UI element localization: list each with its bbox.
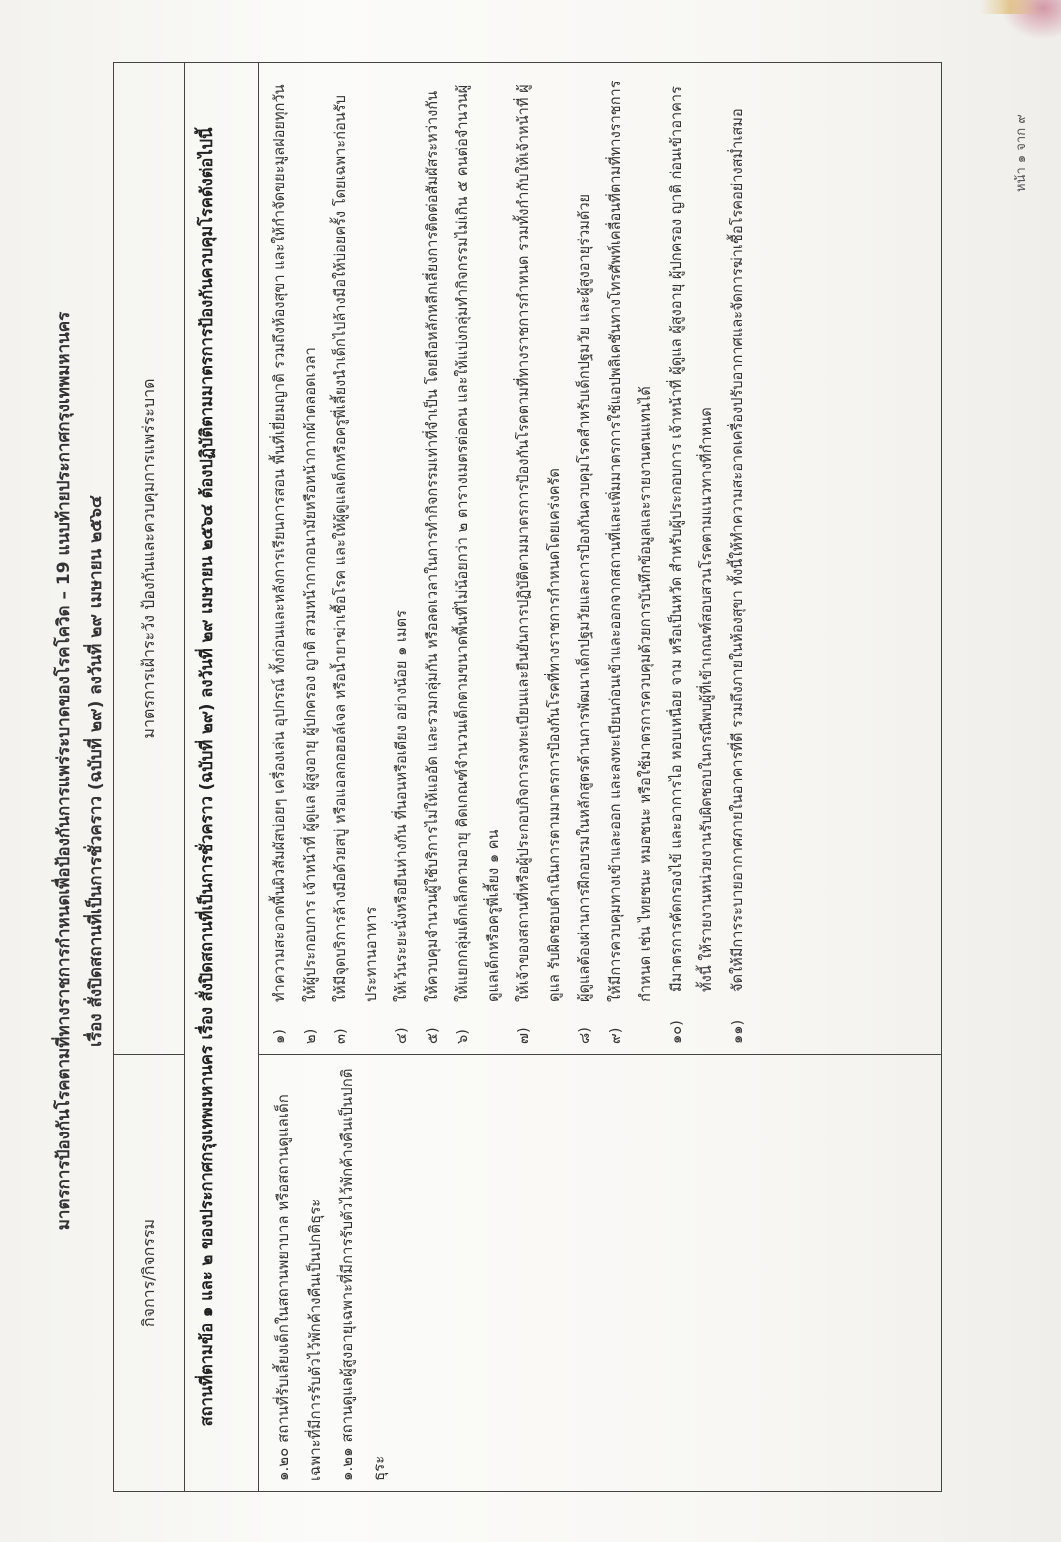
measure-item: ๒)ให้ผู้ประกอบการ เจ้าหน้าที่ ผู้ดูแล ผู… [296, 73, 327, 1044]
measure-text: ทำความสะอาดพื้นผิวสัมผัสบ่อยๆ เครื่องเล่… [265, 73, 296, 1002]
measure-text: ให้แยกกลุ่มเด็กเล็กตามอายุ คิดเกณฑ์จำนวน… [448, 73, 509, 1002]
measure-text: ให้ควบคุมจำนวนผู้ใช้บริการไม่ให้แออัด แล… [418, 73, 449, 1002]
table-header-row: กิจการ/กิจกรรม มาตรการเฝ้าระวัง ป้องกันแ… [114, 63, 185, 1491]
measure-number: ๙) [601, 1002, 662, 1044]
table-body-row: ๑.๒๐ สถานที่รับเลี้ยงเด็กในสถานพยาบาล หร… [259, 63, 941, 1491]
measure-number: ๑๐) [662, 992, 723, 1044]
activity-item: ๑.๒๑ สถานดูแลผู้สูงอายุเฉพาะที่มีการรับต… [331, 1065, 395, 1481]
measures-table: กิจการ/กิจกรรม มาตรการเฝ้าระวัง ป้องกันแ… [113, 62, 942, 1492]
measure-number: ๑) [265, 1002, 296, 1044]
measure-item: ๙)ให้มีการควบคุมทางเข้าและออก และลงทะเบี… [601, 73, 662, 1044]
measure-text: ให้เจ้าของสถานที่หรือผู้ประกอบกิจการลงทะ… [509, 73, 570, 1002]
measure-text: ผู้ดูแลต้องผ่านการฝึกอบรมในหลักสูตรด้านก… [570, 73, 601, 1002]
header-measures: มาตรการเฝ้าระวัง ป้องกันและควบคุมการแพร่… [114, 63, 184, 1054]
measure-number: ๑๑) [723, 992, 754, 1044]
measure-text: ให้เว้นระยะนั่งหรือยืนห่างกัน ที่นอนหรือ… [387, 73, 418, 1002]
section-heading: สถานที่ตามข้อ ๑ และ ๒ ของประกาศกรุงเทพมห… [184, 63, 259, 1491]
measure-item: ๔)ให้เว้นระยะนั่งหรือยืนห่างกัน ที่นอนหร… [387, 73, 418, 1044]
measure-number: ๖) [448, 1002, 509, 1044]
page-number: หน้า ๑ จาก ๙ [1010, 114, 1031, 192]
measure-text: จัดให้มีการระบายอากาศภายในอาคารที่ดี รวม… [723, 73, 754, 992]
document-title: มาตรการป้องกันโรคตามที่ทางราชการกำหนดเพื… [50, 0, 77, 1542]
measure-item: ๑)ทำความสะอาดพื้นผิวสัมผัสบ่อยๆ เครื่องเ… [265, 73, 296, 1044]
measure-number: ๗) [509, 1002, 570, 1044]
measure-text: ให้มีจุดบริการล้างมือด้วยสบู่ หรือแอลกอฮ… [326, 73, 387, 1002]
header-activity: กิจการ/กิจกรรม [114, 1054, 184, 1491]
activity-item: ๑.๒๐ สถานที่รับเลี้ยงเด็กในสถานพยาบาล หร… [267, 1065, 331, 1481]
measure-number: ๓) [326, 1002, 387, 1044]
measures-column: ๑)ทำความสะอาดพื้นผิวสัมผัสบ่อยๆ เครื่องเ… [259, 63, 941, 1054]
measure-number: ๒) [296, 1002, 327, 1044]
measure-item: ๕)ให้ควบคุมจำนวนผู้ใช้บริการไม่ให้แออัด … [418, 73, 449, 1044]
measure-text: ให้ผู้ประกอบการ เจ้าหน้าที่ ผู้ดูแล ผู้ส… [296, 73, 327, 1002]
measure-item: ๑๐)มีมาตรการคัดกรองไข้ และอาการไอ หอบเหน… [662, 73, 723, 1044]
measure-item: ๖)ให้แยกกลุ่มเด็กเล็กตามอายุ คิดเกณฑ์จำน… [448, 73, 509, 1044]
activity-column: ๑.๒๐ สถานที่รับเลี้ยงเด็กในสถานพยาบาล หร… [259, 1054, 941, 1491]
measure-number: ๕) [418, 1002, 449, 1044]
measure-item: ๗)ให้เจ้าของสถานที่หรือผู้ประกอบกิจการลง… [509, 73, 570, 1044]
measure-text: ให้มีการควบคุมทางเข้าและออก และลงทะเบียน… [601, 73, 662, 1002]
rotated-document-page: มาตรการป้องกันโรคตามที่ทางราชการกำหนดเพื… [0, 0, 1061, 1542]
measure-text: มีมาตรการคัดกรองไข้ และอาการไอ หอบเหนื่อ… [662, 73, 723, 992]
measure-item: ๓)ให้มีจุดบริการล้างมือด้วยสบู่ หรือแอลก… [326, 73, 387, 1044]
measure-number: ๔) [387, 1002, 418, 1044]
document-subtitle: เรื่อง สั่งปิดสถานที่เป็นการชั่วคราว (ฉบ… [82, 0, 109, 1542]
measure-item: ๘)ผู้ดูแลต้องผ่านการฝึกอบรมในหลักสูตรด้า… [570, 73, 601, 1044]
measure-number: ๘) [570, 1002, 601, 1044]
measure-item: ๑๑)จัดให้มีการระบายอากาศภายในอาคารที่ดี … [723, 73, 754, 1044]
